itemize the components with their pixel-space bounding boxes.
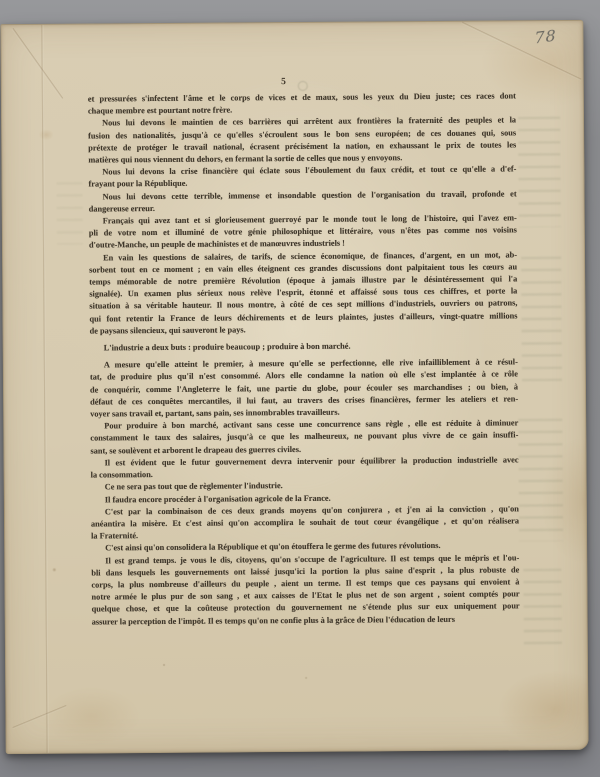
- corner-crease-top-left: [12, 28, 63, 99]
- bleed-through-marks: [56, 175, 83, 245]
- scanned-page-photo: 78 5 et pressurées s'infectent l'âme et …: [0, 0, 600, 777]
- paragraph: Français qui avez tant et si glorieuseme…: [89, 212, 517, 252]
- text-line: assurer la perception de l'impôt. Il es …: [92, 613, 520, 628]
- text-line: de paysans silencieux, qui sauveront le …: [90, 322, 518, 337]
- paragraph: Il est grand temps. je vous le dis, cito…: [91, 552, 520, 628]
- document-page: 78 5 et pressurées s'infectent l'âme et …: [0, 20, 588, 754]
- paragraph: Nous lui devons le maintien de ces barri…: [88, 115, 516, 167]
- bleed-through-marks: [518, 411, 563, 541]
- paragraph: En vain les questions de salaires, de ta…: [89, 249, 518, 338]
- folio-ghost-mark: [298, 81, 308, 91]
- page-text: et pressurées s'infectent l'âme et le co…: [88, 90, 520, 628]
- bleed-through-marks: [523, 561, 562, 653]
- text-line: L'industrie a deux buts : produire beauc…: [90, 339, 518, 354]
- paragraph: Nous lui devons cette terrible, immense …: [89, 188, 517, 216]
- paragraph: L'industrie a deux buts : produire beauc…: [90, 339, 518, 354]
- paragraph: et pressurées s'infectent l'âme et le co…: [88, 90, 516, 118]
- corner-crease-top-right: [462, 22, 582, 80]
- paragraph: Pour produire à bon marché, activant san…: [90, 418, 518, 458]
- bleed-through-marks: [518, 109, 561, 227]
- paragraph: Nous lui devons la crise financière qui …: [88, 164, 516, 192]
- corner-crease-bottom-left: [12, 705, 66, 729]
- bleed-through-marks: [521, 249, 562, 389]
- paragraph: C'est par la combinaison de ces deux gra…: [91, 503, 519, 543]
- binding-fold-crease: [41, 25, 48, 753]
- paragraph: Il est évident que le futur gouvernement…: [91, 454, 519, 482]
- pencil-annotation: 78: [534, 26, 557, 48]
- paragraph: A mesure qu'elle atteint le premier, à m…: [90, 357, 518, 421]
